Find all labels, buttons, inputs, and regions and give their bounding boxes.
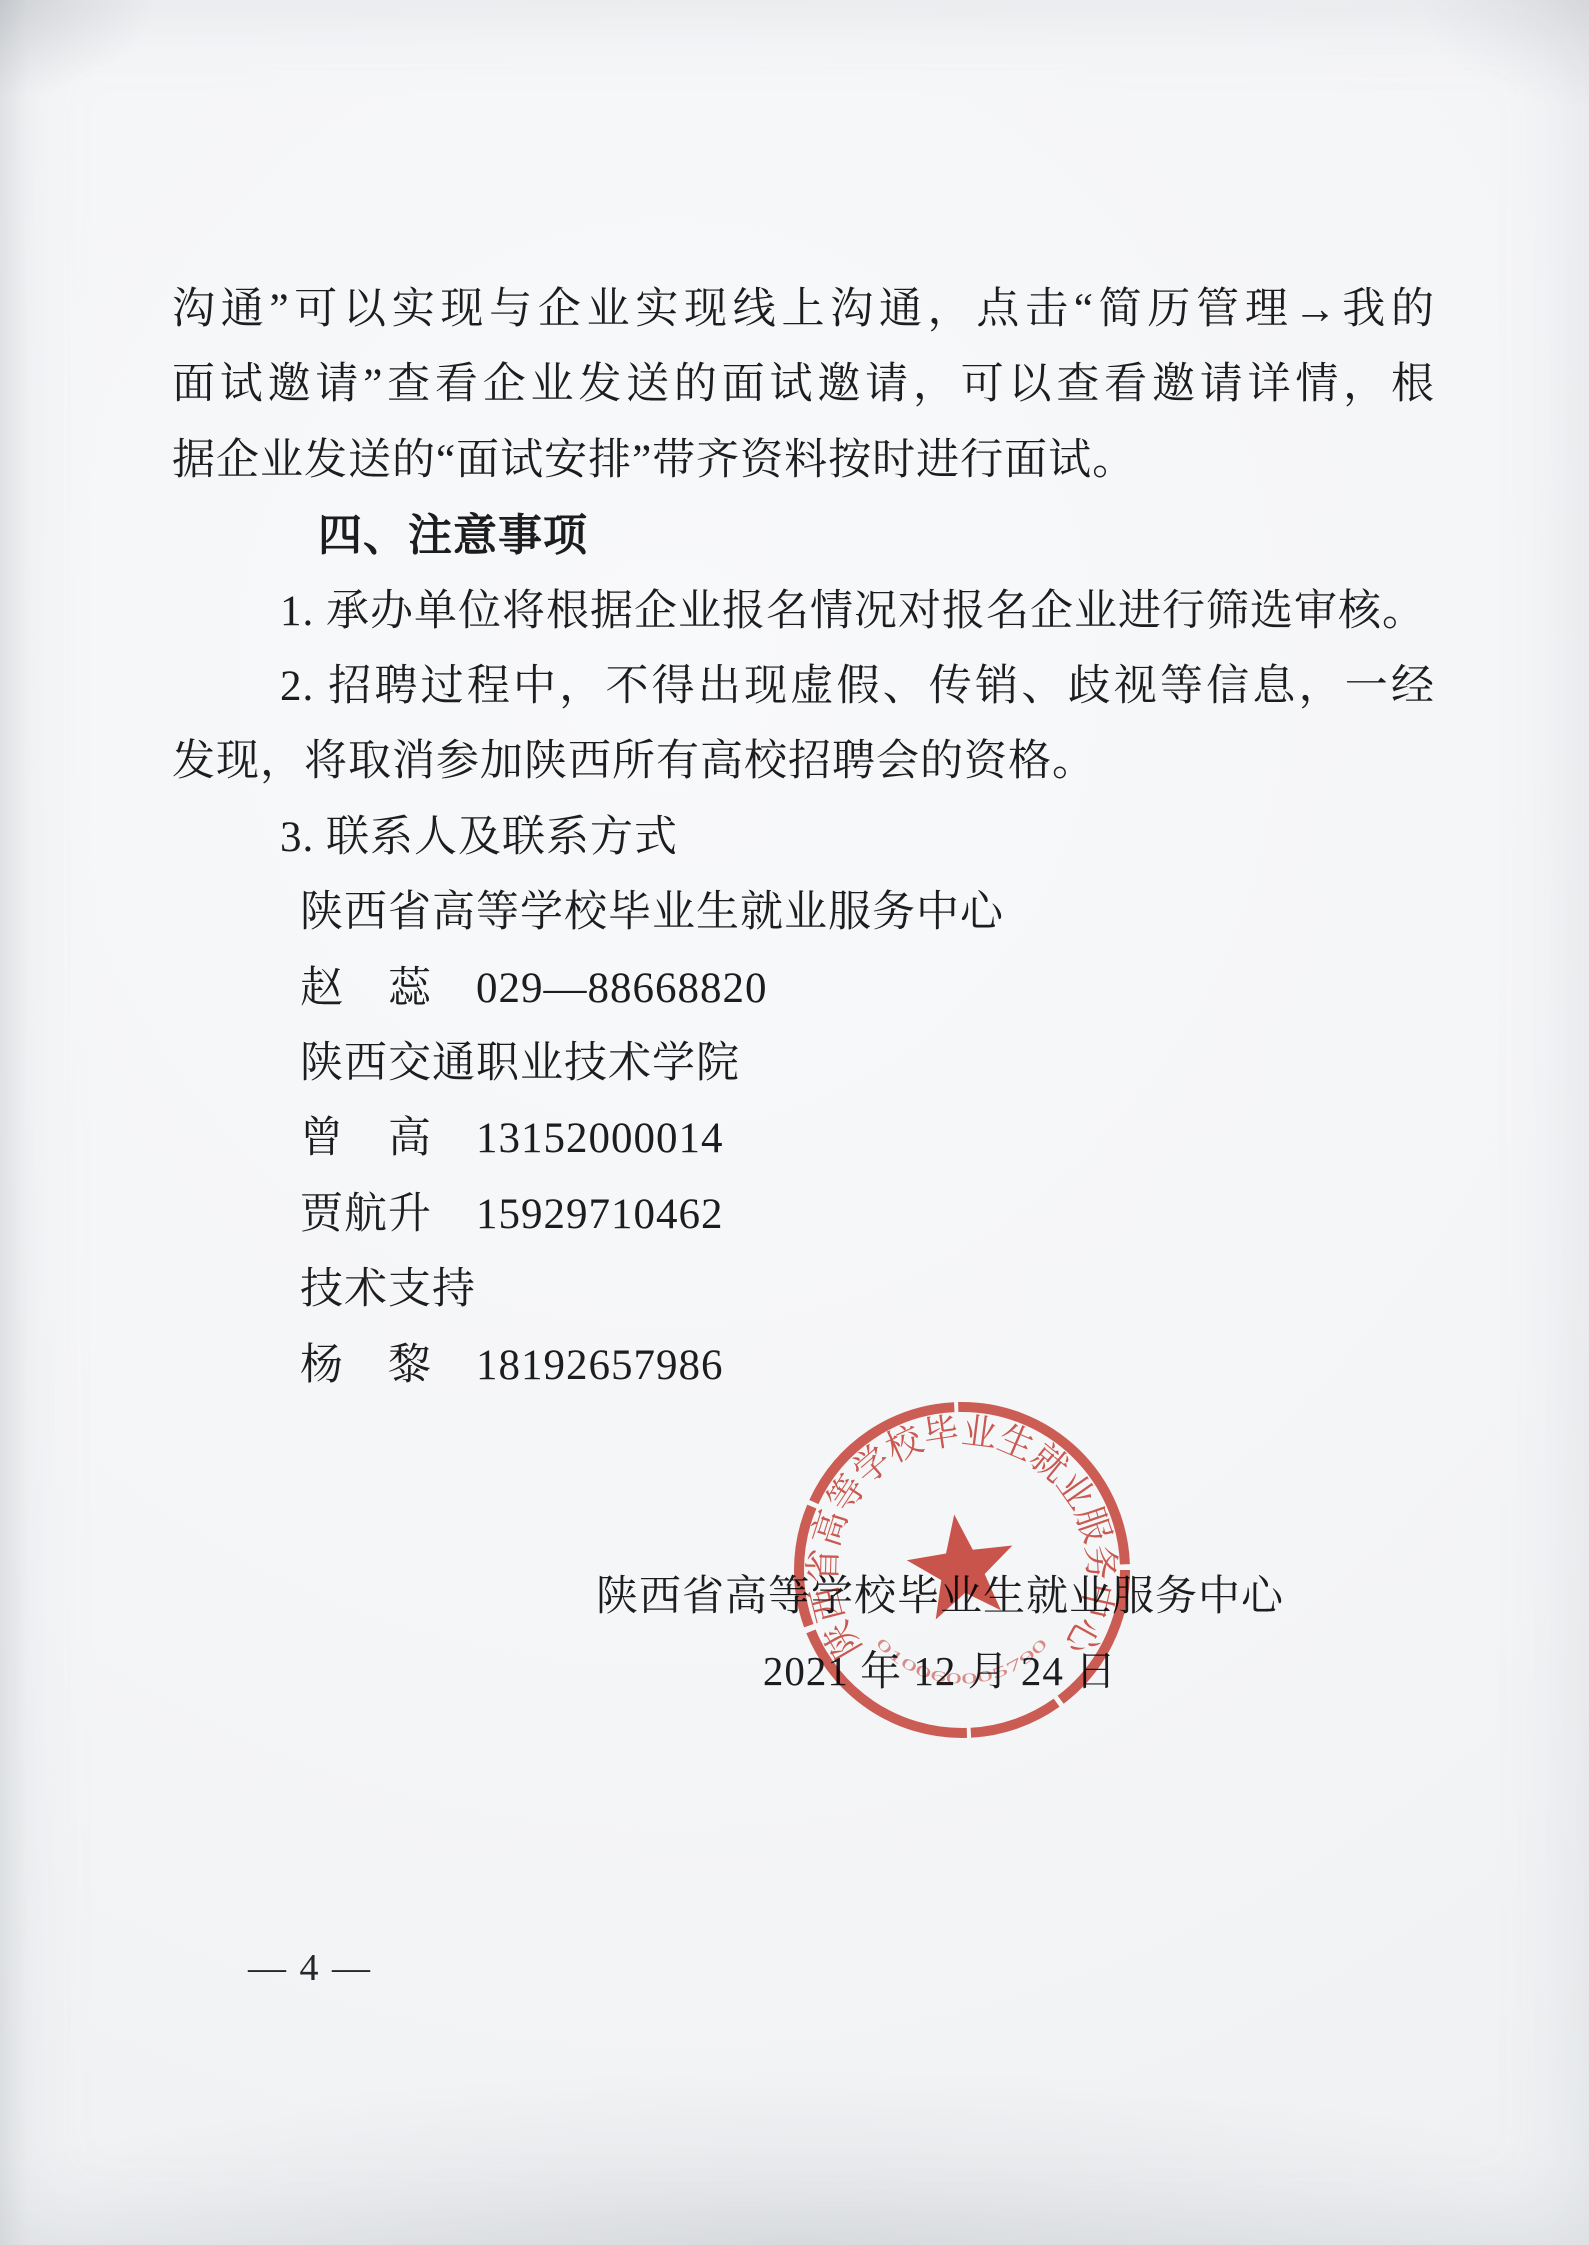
seal-circular-text: 陕西省高等学校毕业生就业服务中心 <box>803 1410 1122 1665</box>
paragraph-line: 面试邀请”查看企业发送的面试邀请，可以查看邀请详情，根 <box>172 347 1435 422</box>
list-item: 3. 联系人及联系方式 <box>172 800 1435 875</box>
contact-line: 贾航升 15929710462 <box>300 1177 1435 1252</box>
list-item: 1. 承办单位将根据企业报名情况对报名企业进行筛选审核。 <box>172 574 1435 649</box>
signature-date: 2021 年 12 月 24 日 <box>540 1638 1340 1697</box>
contact-line: 曾 高 13152000014 <box>300 1101 1435 1176</box>
contact-line: 杨 黎 18192657986 <box>300 1328 1435 1403</box>
contact-line: 陕西省高等学校毕业生就业服务中心 <box>300 875 1435 950</box>
document-body: 沟通”可以实现与企业实现线上沟通，点击“简历管理→我的 面试邀请”查看企业发送的… <box>172 272 1435 1403</box>
section-heading: 四、注意事项 <box>318 498 1435 573</box>
list-item-continuation: 发现，将取消参加陕西所有高校招聘会的资格。 <box>172 724 1435 799</box>
paragraph-line: 据企业发送的“面试安排”带齐资料按时进行面试。 <box>172 423 1435 498</box>
contact-line: 技术支持 <box>300 1252 1435 1327</box>
scanned-document-page: 沟通”可以实现与企业实现线上沟通，点击“简历管理→我的 面试邀请”查看企业发送的… <box>0 0 1589 2245</box>
page-number: — 4 — <box>248 1946 372 1990</box>
contact-line: 赵 蕊 029—88668820 <box>300 951 1435 1026</box>
contact-line: 陕西交通职业技术学院 <box>300 1026 1435 1101</box>
signature-org-name: 陕西省高等学校毕业生就业服务中心 <box>540 1563 1340 1623</box>
paragraph-line: 沟通”可以实现与企业实现线上沟通，点击“简历管理→我的 <box>172 272 1435 347</box>
list-item: 2. 招聘过程中，不得出现虚假、传销、歧视等信息，一经 <box>172 649 1435 724</box>
